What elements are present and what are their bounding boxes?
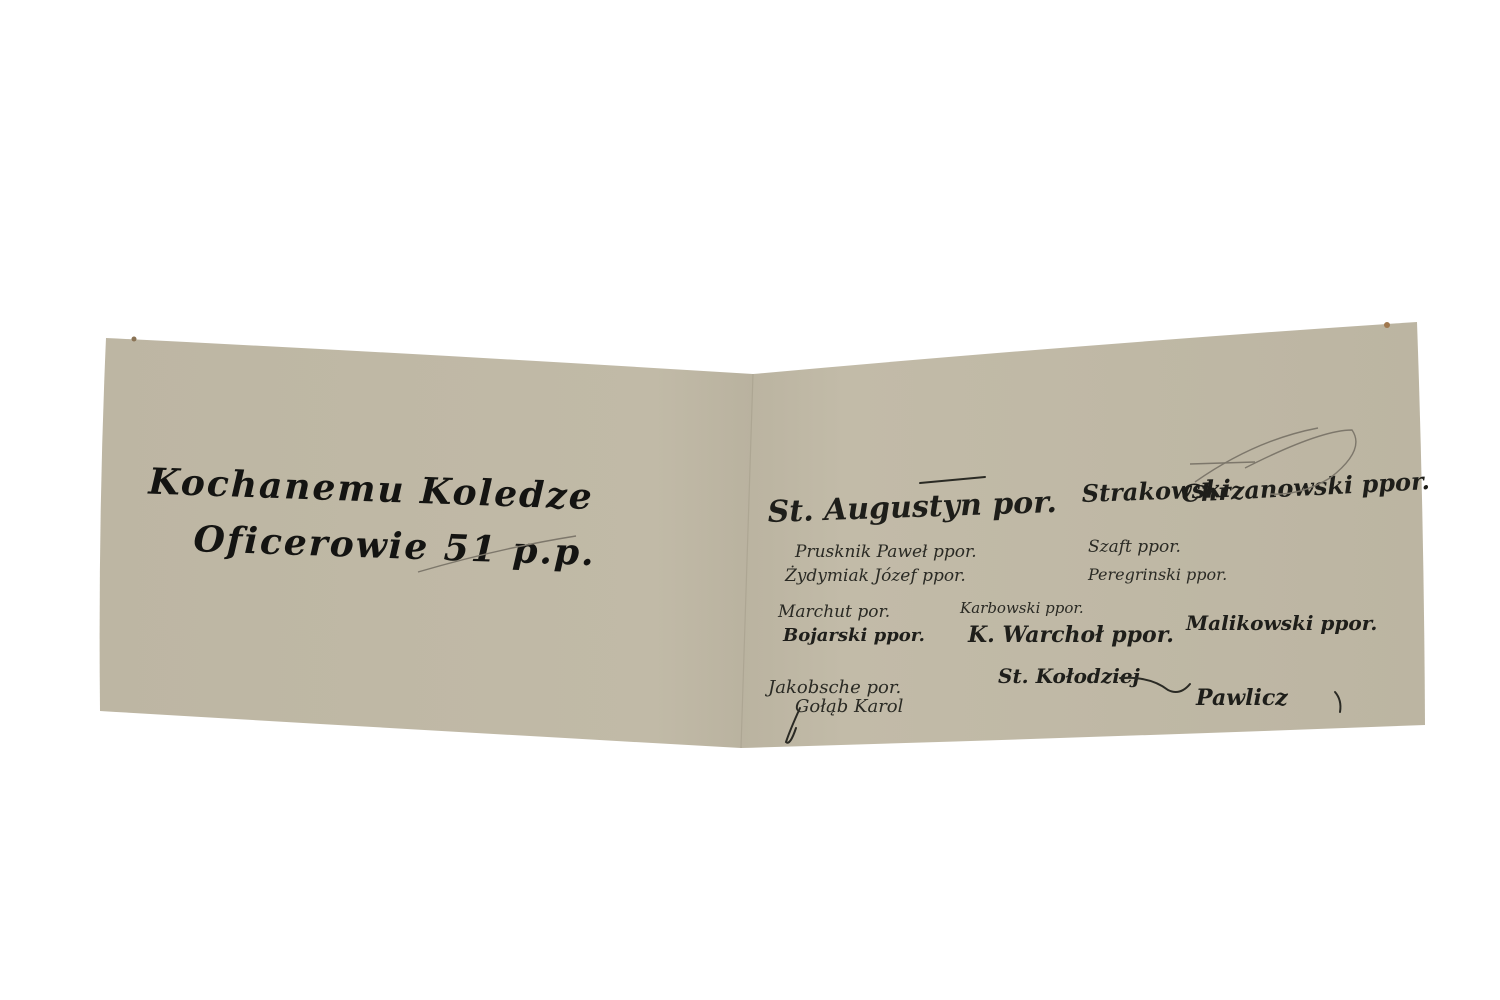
signature: Pawlicz [1195, 685, 1288, 711]
signature: Gołąb Karol [795, 696, 904, 717]
stain-spot [132, 337, 137, 342]
signature: Żydymiak Józef ppor. [784, 565, 966, 586]
signature: Peregrinski ppor. [1087, 565, 1227, 584]
signature: Jakobsche por. [764, 677, 901, 698]
signature: Szaft ppor. [1088, 537, 1181, 557]
signature: Marchut por. [777, 602, 890, 622]
signature: Bojarski ppor. [782, 625, 925, 646]
signature: Malikowski ppor. [1185, 611, 1377, 635]
signature: Karbowski ppor. [959, 599, 1084, 617]
stain-spot [1384, 322, 1390, 328]
folded-card: Kochanemu Koledze Oficerowie 51 p.p. St.… [0, 0, 1500, 1000]
photo-stage: Kochanemu Koledze Oficerowie 51 p.p. St.… [0, 0, 1500, 1000]
signature: St. Kołodziej [998, 664, 1141, 688]
signature: Prusknik Paweł ppor. [794, 542, 977, 562]
signature: K. Warchoł ppor. [967, 622, 1174, 648]
